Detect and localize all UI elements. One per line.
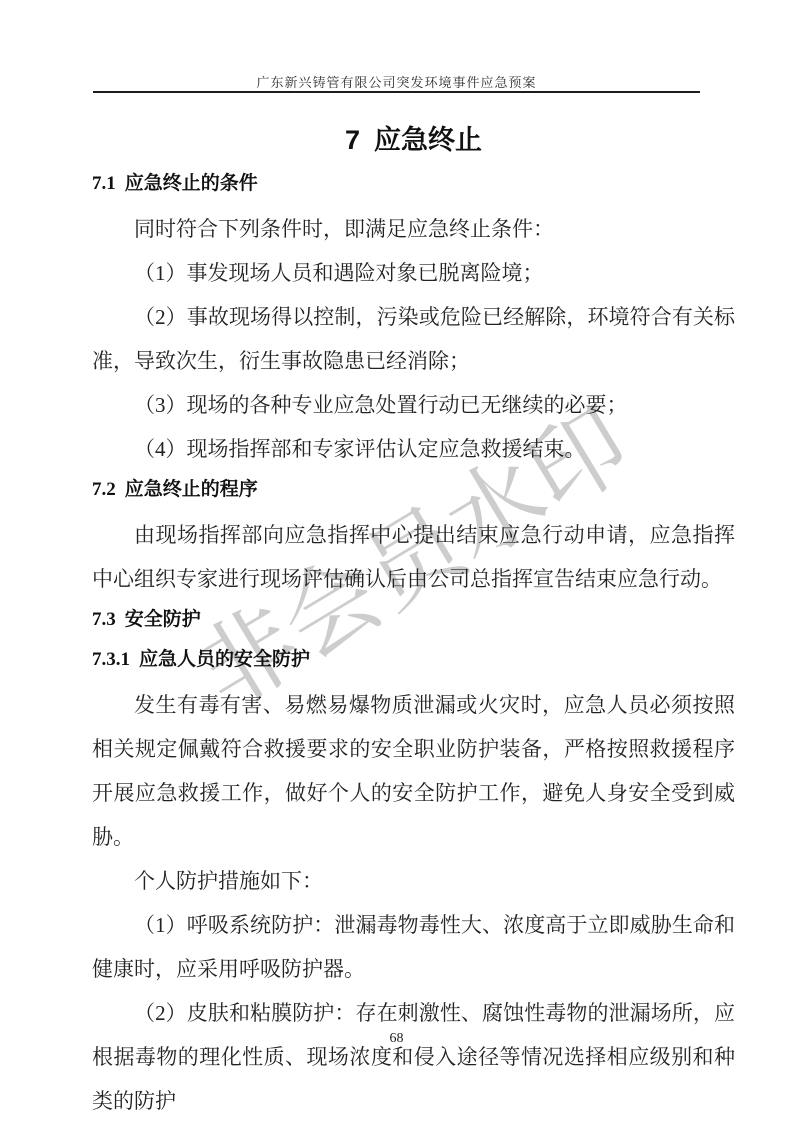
paragraph: 由现场指挥部向应急指挥中心提出结束应急行动申请，应急指挥中心组织专家进行现场评估… <box>92 513 735 601</box>
page-header: 广东新兴铸管有限公司突发环境事件应急预案 <box>0 0 793 93</box>
section-number: 7.2 <box>92 479 116 500</box>
section-heading-7-1: 7.1应急终止的条件 <box>92 171 735 197</box>
section-heading-7-3-1: 7.3.1应急人员的安全防护 <box>92 647 735 673</box>
header-title: 广东新兴铸管有限公司突发环境事件应急预案 <box>0 75 793 90</box>
paragraph: （2）皮肤和粘膜防护：存在刺激性、腐蚀性毒物的泄漏场所，应根据毒物的理化性质、现… <box>92 991 735 1122</box>
page-footer: 68 <box>0 1030 793 1048</box>
section-number: 7.1 <box>92 173 116 194</box>
paragraph: 同时符合下列条件时，即满足应急终止条件： <box>92 207 735 251</box>
section-heading-text: 安全防护 <box>125 609 201 630</box>
chapter-title-text: 应急终止 <box>374 125 482 155</box>
document-page: 广东新兴铸管有限公司突发环境事件应急预案 非会员水印 7应急终止 7.1应急终止… <box>0 0 793 1122</box>
document-body: 7应急终止 7.1应急终止的条件 同时符合下列条件时，即满足应急终止条件： （1… <box>0 123 793 1122</box>
section-heading-text: 应急终止的程序 <box>125 479 258 500</box>
paragraph: （1）事发现场人员和遇险对象已脱离险境； <box>92 251 735 295</box>
section-heading-text: 应急人员的安全防护 <box>139 649 310 670</box>
paragraph: 个人防护措施如下： <box>92 859 735 903</box>
section-heading-7-2: 7.2应急终止的程序 <box>92 477 735 503</box>
section-number: 7.3 <box>92 609 116 630</box>
chapter-title: 7应急终止 <box>92 123 735 157</box>
paragraph: 发生有毒有害、易燃易爆物质泄漏或火灾时，应急人员必须按照相关规定佩戴符合救援要求… <box>92 683 735 859</box>
paragraph: （2）事故现场得以控制，污染或危险已经解除，环境符合有关标准，导致次生，衍生事故… <box>92 295 735 383</box>
section-heading-7-3: 7.3安全防护 <box>92 607 735 633</box>
header-rule <box>93 91 700 93</box>
chapter-number: 7 <box>345 125 360 155</box>
paragraph: （4）现场指挥部和专家评估认定应急救援结束。 <box>92 427 735 471</box>
section-heading-text: 应急终止的条件 <box>125 173 258 194</box>
page-number: 68 <box>390 1031 404 1046</box>
paragraph: （3）现场的各种专业应急处置行动已无继续的必要； <box>92 383 735 427</box>
section-number: 7.3.1 <box>92 649 130 670</box>
paragraph: （1）呼吸系统防护：泄漏毒物毒性大、浓度高于立即威胁生命和健康时，应采用呼吸防护… <box>92 903 735 991</box>
